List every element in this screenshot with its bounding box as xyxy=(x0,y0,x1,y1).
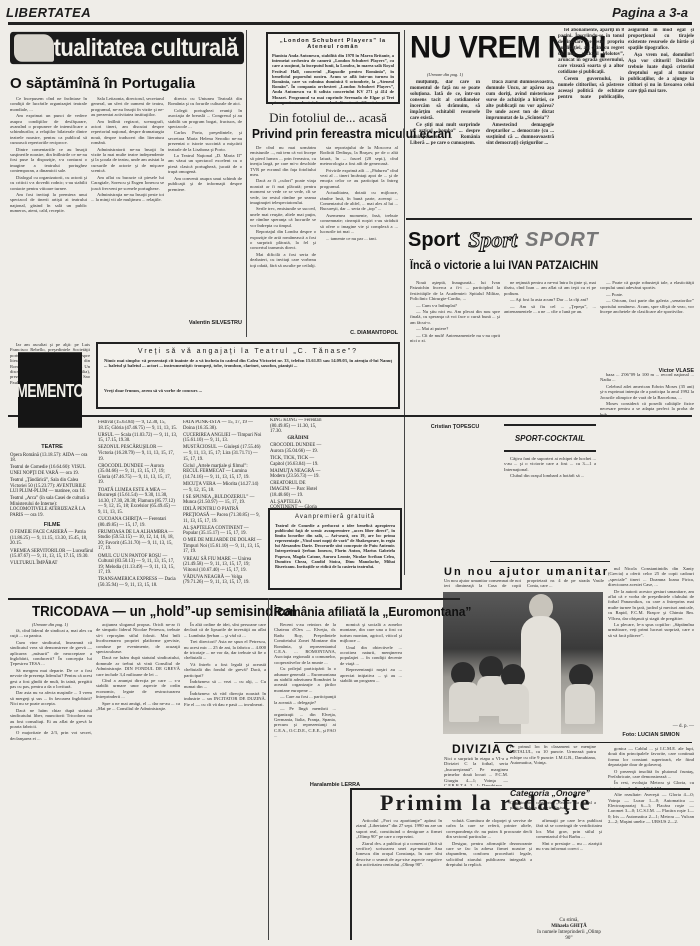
primim-col1: Articolul „Fort cu aparitanţie” apărut î… xyxy=(356,818,442,938)
sport-col3: — Poate că graţie robusteţii tale, a ela… xyxy=(600,280,694,370)
euromontana-headline: România afiliată la „Euromontana” xyxy=(274,604,471,619)
memento-films-col3: FATA PUNK-ISTĂ — 15, 17, 19 — Doina (16.… xyxy=(183,420,263,590)
listing-item: Teatrul „Ţăndărică”, Sala din Calea Vict… xyxy=(10,478,94,495)
nu-vrem-noi-col2: Dacă ziarul dumneavoastră, domnule Uncu,… xyxy=(486,80,554,212)
section-rule xyxy=(8,598,460,600)
memento-films-col4: KING KONG — Ferentari (80.49.85) — 11.30… xyxy=(270,418,326,508)
listing-item: VULTURUL ÎMPĂRAT xyxy=(10,561,94,567)
tv-kicker: Din fotoliul de... acasă xyxy=(250,110,406,126)
cocktail-author: Victor VLASE xyxy=(600,368,694,374)
paper-name: LIBERTATEA xyxy=(6,5,91,20)
divizia-headline: DIVIZIA C xyxy=(452,742,515,756)
cultural-column-2: Sala Leitaonta, directorul, secretarul g… xyxy=(91,96,164,332)
divizia-leader: Pe primul loc în clasament se menţine ME… xyxy=(510,744,596,788)
listing-item: Opera Română (13.18.57): AIDA — ora 18. xyxy=(10,453,94,464)
cultural-banner-title: Actualitatea culturală xyxy=(26,33,238,63)
schubert-title: „London Schubert Players” la Ateneul rom… xyxy=(272,38,394,50)
theatre-box-footer: Vreţi doar frumos, avem să vă vorbe de c… xyxy=(104,388,392,400)
masthead-rule xyxy=(8,22,692,25)
memento-films-col2: Festival (15.63.84) — 9, 12.30, 15, 18.1… xyxy=(98,420,178,590)
sport-headline: Încă o victorie a lui IVAN PATZAICHIN xyxy=(410,260,598,272)
memento-theatre-list: TEATRE Opera Română (13.18.57): AIDA — o… xyxy=(10,445,94,568)
section-rule xyxy=(490,561,610,562)
nu-vrem-noi-col1: mulţumiţi, dar care în momentul de faţă … xyxy=(410,80,480,212)
premiere-title: Avanpremieră gratuită xyxy=(275,514,395,520)
humanitarian-headline: Un nou ajutor umanitar xyxy=(444,566,609,578)
primim-headline: Primim la redacţie xyxy=(380,790,592,816)
nu-vrem-noi-continued: (Urmare din pag. 1) xyxy=(410,72,480,77)
films-heading: FILME xyxy=(10,523,94,529)
humanitarian-signature: — d. p. — xyxy=(608,724,694,729)
euromontana-col1: Recent s-au reintors de la Chateau d'Oex… xyxy=(274,622,336,940)
memento-banner: MEMENTO xyxy=(18,352,82,428)
divizia-excerpt: Nici o surpriză în etapa a VI-a a Divizi… xyxy=(444,756,508,786)
listing-item: VREMEA SERVITORILOR — Luceafărul (15.87.… xyxy=(10,549,94,560)
tricodava-headline: TRICODAVA — un „hold”-up semisindical xyxy=(32,604,296,620)
theatre-box: Vreţi să vă angajaţi la Teatrul „C. Tăna… xyxy=(96,342,400,409)
photo-credit: Foto: LUCIAN SIMION xyxy=(608,732,694,738)
tricodava-col1: fă, cînd liderul de sindicat a, mai ales… xyxy=(10,628,92,940)
tv-author: C. DIAMANTOPOL xyxy=(320,330,398,336)
column-divider xyxy=(268,598,269,940)
page-label: Pagina a 3-a xyxy=(612,5,688,20)
schubert-box: „London Schubert Players” la Ateneul rom… xyxy=(266,32,400,104)
schubert-body: Pianista Anda Antonescu, stabilită din 1… xyxy=(272,53,394,105)
column-divider xyxy=(404,30,405,575)
cultural-headline: O săptămînă în Portugalia xyxy=(10,75,195,92)
premiere-box: Avanpremieră gratuită Teatrul de Comedie… xyxy=(268,508,402,590)
primim-col3: afirmaţii pe care le-a publicat fără să … xyxy=(536,818,602,918)
sport-col2: ne reţinută pentru a ne-mi întra în ţint… xyxy=(504,280,596,420)
sport-banner: Sport Sport SPORT xyxy=(408,226,694,254)
cocktail-title: SPORT-COCKTAIL xyxy=(504,434,596,443)
cultural-column-3: directa cu Uniunea Teatrală din România … xyxy=(168,96,242,316)
sport-author: Cristian ŢOPESCU xyxy=(410,424,500,430)
cocktail-col2: baza ... 2'06"09 la 100 m ... record naţ… xyxy=(600,372,694,558)
tv-column-2: sia reportajului de la Moscova al Rodică… xyxy=(320,145,398,333)
book-theatre-icon xyxy=(14,34,54,62)
tricodava-col2: acţiunea sloganul propus. Oricît ne-ar f… xyxy=(96,622,180,940)
theatre-heading: TEATRE xyxy=(10,445,94,451)
listing-item: O FEMEIE FACE CARIERĂ — Patria (11.86.25… xyxy=(10,530,94,547)
tv-column-1: De cînd nu mai urmărim emisiunile ..., m… xyxy=(250,145,316,333)
primim-col2: volută. Garnitura de clopoţei şi servise… xyxy=(446,818,532,938)
cultural-banner: Actualitatea culturală xyxy=(10,32,244,64)
cocktail-header: SPORT-COCKTAIL xyxy=(504,424,596,452)
primim-signature: Cu stimă, Mihaela GHIŢĂ în numele întrep… xyxy=(536,918,602,942)
listing-item: Teatrul de Comedie (16.64.60): VISUL UNE… xyxy=(10,465,94,476)
tricodava-col3: În altă ordine de idei, sînt persoane ca… xyxy=(184,622,266,940)
tricodava-continued: (Urmare din pag. 1) xyxy=(10,622,90,627)
humanitarian-side: nul Nicola Constantinidis din Xanty (Gre… xyxy=(608,566,694,726)
humanitarian-excerpt: Un nou ajutor umanitar consemnat de noi … xyxy=(444,578,604,590)
theatre-box-title: Vreţi să vă angajaţi la Teatrul „C. Tăna… xyxy=(104,348,392,355)
nu-vrem-noi-col3: fel abonamente, apariţi în 8 pagini. Îns… xyxy=(558,28,694,214)
column-divider xyxy=(246,30,247,337)
cocktail-col1: Câţiva fani de suporteri ai echipei de h… xyxy=(504,456,596,556)
sport-col1: Nouă aşteptă, înaugurată... lui Ivan Pat… xyxy=(410,280,500,420)
listing-item: Teatrul „Arca” (în sala Casei de cultură… xyxy=(10,496,94,518)
theatre-box-body: Nimic mai simplu: vă prezentaţi cît înai… xyxy=(104,358,392,388)
section-rule xyxy=(494,742,692,743)
euromontana-col2: nomică şi socială a zonelor montane, din… xyxy=(340,622,402,782)
premiere-body: Teatrul de Comedie a prelucrat o idee be… xyxy=(275,523,395,585)
cultural-author: Valentin SILVESTRU xyxy=(168,320,242,326)
cultural-column-1: Ce începusem cînd ne încîntase în condiţ… xyxy=(10,96,87,332)
section-rule xyxy=(406,218,692,220)
